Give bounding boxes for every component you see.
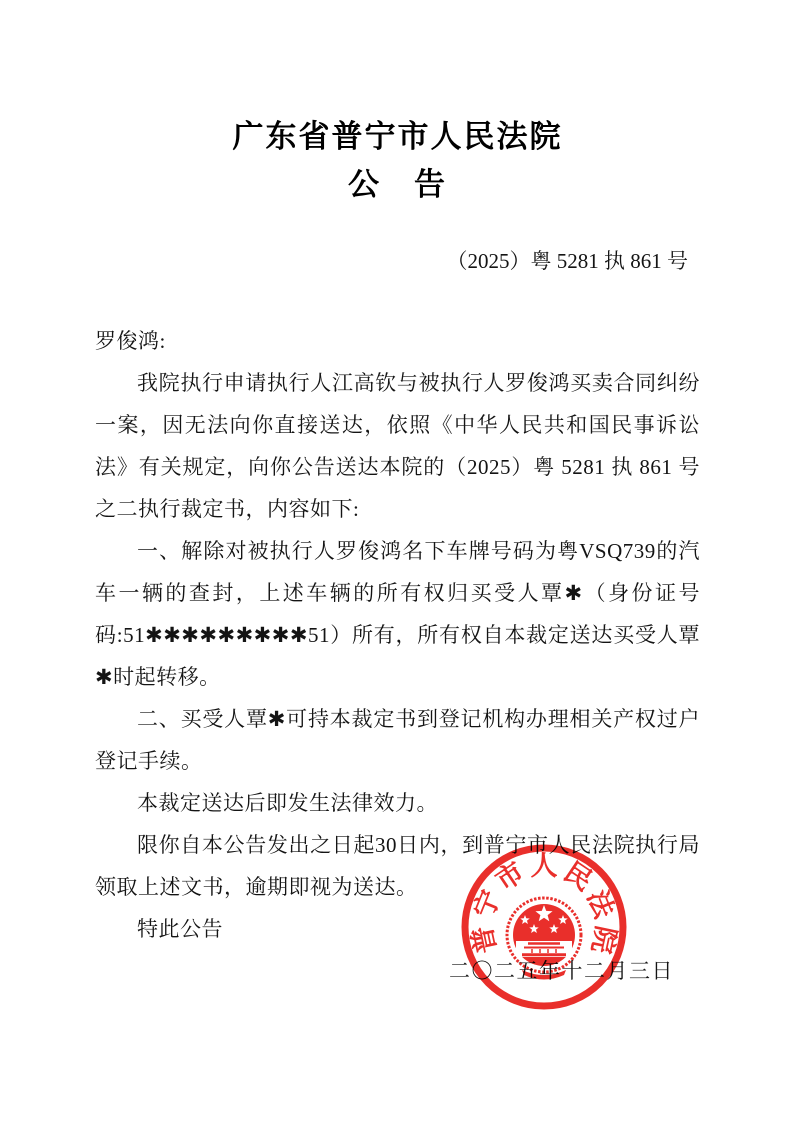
court-name-heading: 广东省普宁市人民法院 (95, 118, 700, 156)
case-number: （2025）粤 5281 执 861 号 (95, 246, 700, 276)
closing-phrase: 特此公告 (95, 908, 700, 950)
paragraph-effect: 本裁定送达后即发生法律效力。 (95, 782, 700, 824)
salutation: 罗俊鸿: (95, 320, 700, 362)
paragraph-deadline: 限你自本公告发出之日起30日内，到普宁市人民法院执行局领取上述文书，逾期即视为送… (95, 824, 700, 908)
document-title: 公 告 (95, 166, 700, 204)
issue-date: 二〇二五年十二月三日 (95, 950, 700, 992)
paragraph-item-2: 二、买受人覃✱可持本裁定书到登记机构办理相关产权过户登记手续。 (95, 698, 700, 782)
paragraph-intro: 我院执行申请执行人江高钦与被执行人罗俊鸿买卖合同纠纷一案，因无法向你直接送达，依… (95, 362, 700, 530)
document-body: 罗俊鸿: 我院执行申请执行人江高钦与被执行人罗俊鸿买卖合同纠纷一案，因无法向你直… (95, 320, 700, 992)
document-page: 广东省普宁市人民法院 公 告 （2025）粤 5281 执 861 号 罗俊鸿:… (0, 0, 793, 1122)
paragraph-item-1: 一、解除对被执行人罗俊鸿名下车牌号码为粤VSQ739的汽车一辆的查封，上述车辆的… (95, 530, 700, 698)
document-content: 广东省普宁市人民法院 公 告 （2025）粤 5281 执 861 号 罗俊鸿:… (0, 0, 793, 992)
